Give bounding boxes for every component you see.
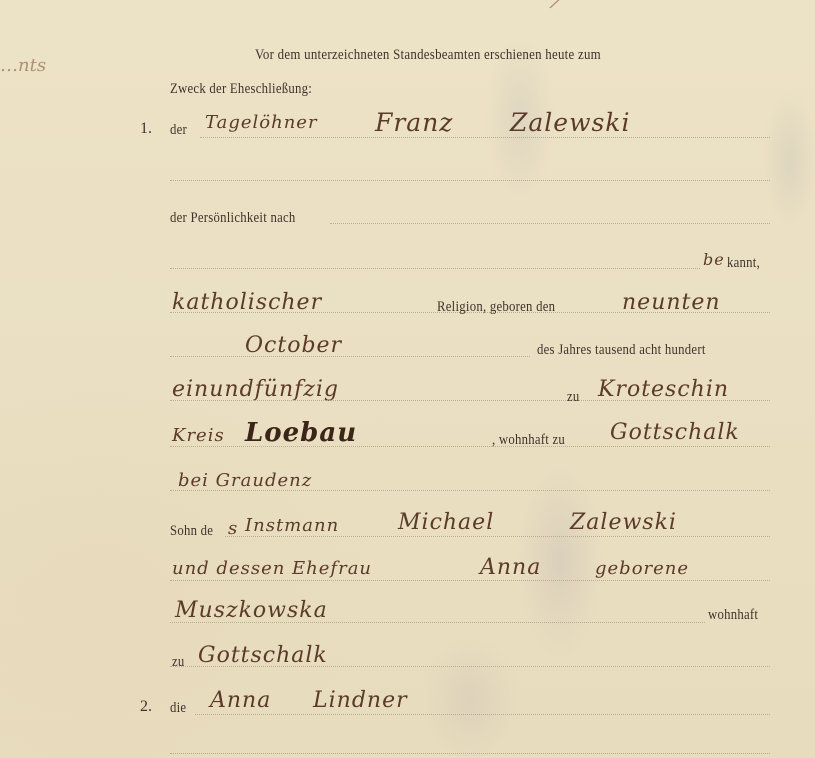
intro-text: Vor dem unterzeichneten Standesbeamten e… <box>255 47 601 63</box>
year-label: des Jahres tausend acht hundert <box>537 342 706 359</box>
document-page: / …nts Vor dem unterzeichneten Standesbe… <box>0 0 815 758</box>
dotted-line-14 <box>195 714 770 715</box>
identity-prefix-hand: be <box>703 250 725 269</box>
father-occupation: Instmann <box>245 515 339 536</box>
intro-line-2: Zweck der Eheschließung: <box>170 81 312 98</box>
parents-residence: Gottschalk <box>198 643 328 668</box>
dotted-line-15 <box>170 753 770 754</box>
district: Loebau <box>245 418 357 448</box>
bride-surname: Lindner <box>313 688 408 713</box>
groom-article: der <box>170 122 187 139</box>
birth-year-words: einundfünfzig <box>172 377 339 402</box>
residence: Gottschalk <box>610 420 740 445</box>
dotted-line-11 <box>170 580 770 581</box>
groom-occupation: Tagelöhner <box>205 112 318 133</box>
birthplace: Kroteschin <box>598 377 729 402</box>
residence-detail: bei Graudenz <box>178 470 312 491</box>
parents-residence-label: wohnhaft <box>708 607 758 624</box>
dotted-line-4 <box>170 268 700 269</box>
parents-residence-prefix: zu <box>172 654 185 671</box>
religion-label: Religion, geboren den <box>437 299 555 316</box>
bride-number: 2. <box>140 698 152 716</box>
dotted-line-10 <box>225 536 770 537</box>
birthplace-label: zu <box>567 389 580 406</box>
father-surname: Zalewski <box>570 510 677 535</box>
mother-first-name: Anna <box>480 555 541 580</box>
dotted-line-1 <box>200 137 770 138</box>
mother-intro: und dessen Ehefrau <box>172 558 372 579</box>
dotted-line-2 <box>170 180 770 181</box>
intro-line: Vor dem unterzeichneten Standesbeamten e… <box>255 47 601 64</box>
groom-surname: Zalewski <box>510 108 630 137</box>
mother-maiden-name: Muszkowska <box>175 598 328 623</box>
dotted-line-13 <box>170 666 770 667</box>
identity-label: der Persönlichkeit nach <box>170 210 296 227</box>
dotted-line-3 <box>330 223 770 224</box>
dotted-line-12 <box>170 622 705 623</box>
dotted-line-8 <box>170 446 770 447</box>
dotted-line-9 <box>170 490 770 491</box>
mother-born: geborene <box>595 558 689 579</box>
margin-note: …nts <box>0 55 46 76</box>
groom-number: 1. <box>140 120 152 138</box>
residence-label: , wohnhaft zu <box>492 432 565 449</box>
son-label: Sohn de <box>170 523 213 540</box>
dotted-line-6 <box>170 356 530 357</box>
father-first-name: Michael <box>398 510 494 535</box>
groom-first-name: Franz <box>375 108 453 137</box>
birth-day: neunten <box>622 290 721 315</box>
top-scribble: / <box>550 0 563 13</box>
bride-first-name: Anna <box>210 688 271 713</box>
district-prefix: Kreis <box>172 425 225 446</box>
bride-article: die <box>170 700 186 717</box>
birth-month: October <box>245 333 342 358</box>
identity-suffix: kannt, <box>727 255 760 272</box>
